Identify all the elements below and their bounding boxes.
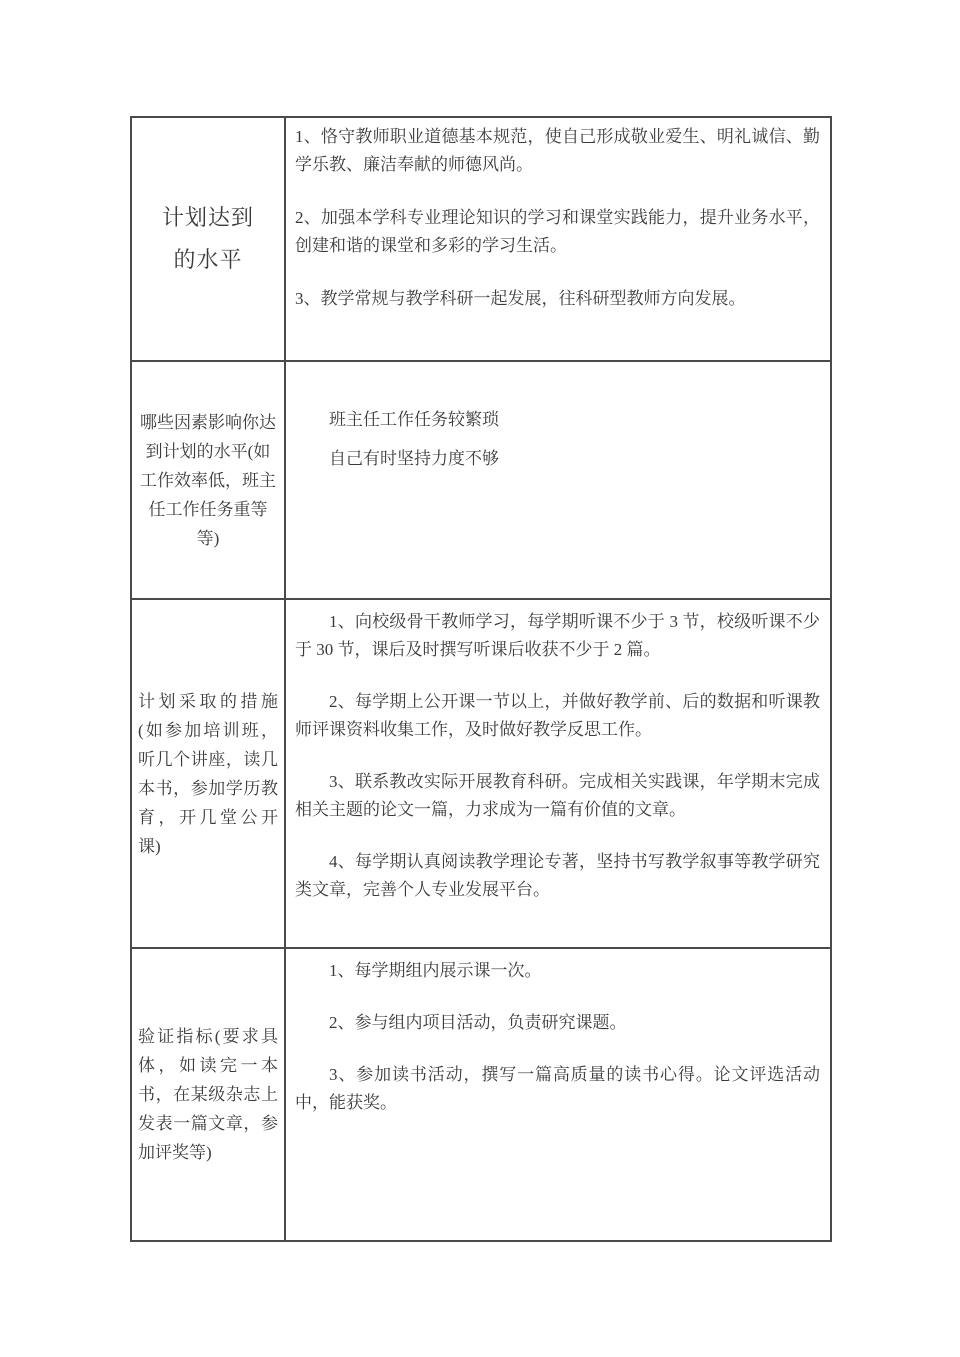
paragraph: 1、恪守教师职业道德基本规范，使自己形成敬业爱生、明礼诚信、勤学乐教、廉洁奉献的… <box>295 123 820 179</box>
paragraph: 2、加强本学科专业理论知识的学习和课堂实践能力，提升业务水平，创建和谐的课堂和多… <box>295 204 820 260</box>
paragraph: 4、每学期认真阅读教学理论专著，坚持书写教学叙事等教学研究类文章，完善个人专业发… <box>295 848 820 904</box>
row-label-plan-level: 计划达到 的水平 <box>131 117 285 361</box>
row-label-text: 哪些因素影响你达到计划的水平(如工作效率低，班主任工作任务重等等) <box>138 408 278 553</box>
table-row-plan-level: 计划达到 的水平 1、恪守教师职业道德基本规范，使自己形成敬业爱生、明礼诚信、勤… <box>131 117 831 361</box>
row-label-verification-indicators: 验证指标(要求具体，如读完一本书，在某级杂志上发表一篇文章，参加评奖等) <box>131 948 285 1241</box>
row-label-planned-measures: 计划采取的措施(如参加培训班，听几个讲座，读几本书，参加学历教育，开几堂公开课) <box>131 599 285 948</box>
label-line: 的水平 <box>138 239 278 281</box>
paragraph: 3、参加读书活动，撰写一篇高质量的读书心得。论文评选活动中，能获奖。 <box>295 1061 820 1117</box>
paragraph: 2、每学期上公开课一节以上，并做好教学前、后的数据和听课教师评课资料收集工作，及… <box>295 688 820 744</box>
paragraph: 1、向校级骨干教师学习，每学期听课不少于 3 节，校级听课不少于 30 节，课后… <box>295 608 820 664</box>
row-content-verification-indicators: 1、每学期组内展示课一次。 2、参与组内项目活动，负责研究课题。 3、参加读书活… <box>285 948 831 1241</box>
row-label-text: 计划采取的措施(如参加培训班，听几个讲座，读几本书，参加学历教育，开几堂公开课) <box>138 687 278 861</box>
row-content-plan-level: 1、恪守教师职业道德基本规范，使自己形成敬业爱生、明礼诚信、勤学乐教、廉洁奉献的… <box>285 117 831 361</box>
row-label-influencing-factors: 哪些因素影响你达到计划的水平(如工作效率低，班主任工作任务重等等) <box>131 361 285 599</box>
paragraph: 3、联系教改实际开展教育科研。完成相关实践课，年学期末完成相关主题的论文一篇，力… <box>295 768 820 824</box>
row-label-text: 计划达到 的水平 <box>138 197 278 281</box>
paragraph: 3、教学常规与教学科研一起发展，往科研型教师方向发展。 <box>295 285 820 313</box>
table-row-planned-measures: 计划采取的措施(如参加培训班，听几个讲座，读几本书，参加学历教育，开几堂公开课)… <box>131 599 831 948</box>
label-line: 计划达到 <box>138 197 278 239</box>
row-content-influencing-factors: 班主任工作任务较繁琐 自己有时坚持力度不够 <box>285 361 831 599</box>
paragraph: 1、每学期组内展示课一次。 <box>295 957 820 985</box>
paragraph: 2、参与组内项目活动，负责研究课题。 <box>295 1009 820 1037</box>
paragraph: 班主任工作任务较繁琐 <box>295 406 820 434</box>
row-label-text: 验证指标(要求具体，如读完一本书，在某级杂志上发表一篇文章，参加评奖等) <box>138 1022 278 1167</box>
development-plan-table: 计划达到 的水平 1、恪守教师职业道德基本规范，使自己形成敬业爱生、明礼诚信、勤… <box>130 116 832 1242</box>
row-content-planned-measures: 1、向校级骨干教师学习，每学期听课不少于 3 节，校级听课不少于 30 节，课后… <box>285 599 831 948</box>
document-page: 计划达到 的水平 1、恪守教师职业道德基本规范，使自己形成敬业爱生、明礼诚信、勤… <box>0 0 960 1357</box>
table-row-influencing-factors: 哪些因素影响你达到计划的水平(如工作效率低，班主任工作任务重等等) 班主任工作任… <box>131 361 831 599</box>
paragraph: 自己有时坚持力度不够 <box>295 445 820 473</box>
table-row-verification-indicators: 验证指标(要求具体，如读完一本书，在某级杂志上发表一篇文章，参加评奖等) 1、每… <box>131 948 831 1241</box>
